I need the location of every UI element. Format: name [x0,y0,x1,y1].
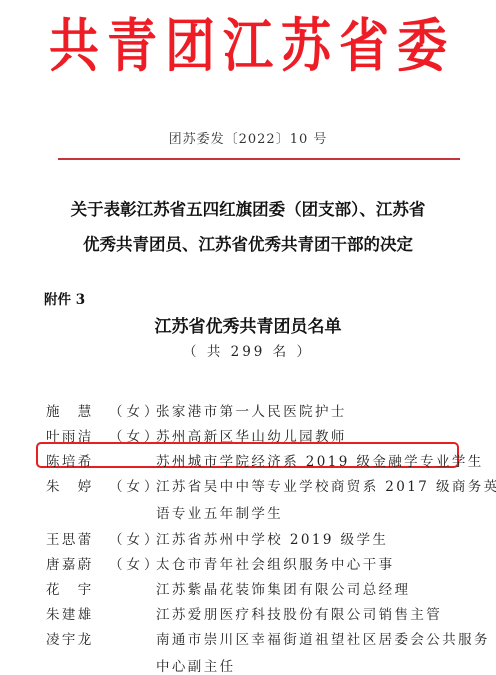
member-description: 江苏紫晶花装饰集团有限公司总经理 [156,578,496,598]
masthead-char: 苏 [277,12,335,81]
member-description: 太仓市青年社会组织服务中心干事 [156,553,496,573]
list-title: 江苏省优秀共青团员名单 [0,312,496,337]
masthead-char: 团 [161,12,219,81]
member-name: 凌宇龙 [46,628,116,648]
member-name: 唐嘉蔚 [46,553,116,573]
red-divider [58,158,460,160]
decision-title-line-2: 优秀共青团员、江苏省优秀共青团干部的决定 [0,231,496,255]
masthead-char: 青 [103,12,161,81]
member-description: 张家港市第一人民医院护士 [156,400,496,420]
member-description-continued: 中心副主任 [156,655,236,675]
member-description: 江苏省吴中中等专业学校商贸系 2017 级商务英 [156,475,496,495]
member-name: 朱建雄 [46,603,116,623]
member-description: 南通市崇川区幸福街道祖望社区居委会公共服务 [156,628,496,648]
member-description: 江苏省苏州中学校 2019 级学生 [156,528,496,548]
masthead: 共 青 团 江 苏 省 委 [0,16,496,76]
member-name: 王思蕾 [46,528,116,548]
attachment-label: 附件 3 [44,288,85,308]
member-name: 陈培希 [46,450,116,470]
masthead-char: 江 [219,12,277,81]
member-name: 朱 婷 [46,475,116,495]
document-number: 团苏委发〔2022〕10 号 [0,128,496,147]
member-description-continued: 语专业五年制学生 [156,502,283,522]
member-name: 花 宇 [46,578,116,598]
decision-title-line-1: 关于表彰江苏省五四红旗团委（团支部）、江苏省 [0,196,496,220]
masthead-char: 共 [45,12,103,81]
member-description: 江苏爱朋医疗科技股份有限公司销售主管 [156,603,496,623]
list-count: （ 共 299 名 ） [0,340,496,360]
masthead-char: 省 [335,12,393,81]
member-name: 施 慧 [46,400,116,420]
member-description: 苏州城市学院经济系 2019 级金融学专业学生 [156,450,496,470]
masthead-char: 委 [393,12,451,81]
